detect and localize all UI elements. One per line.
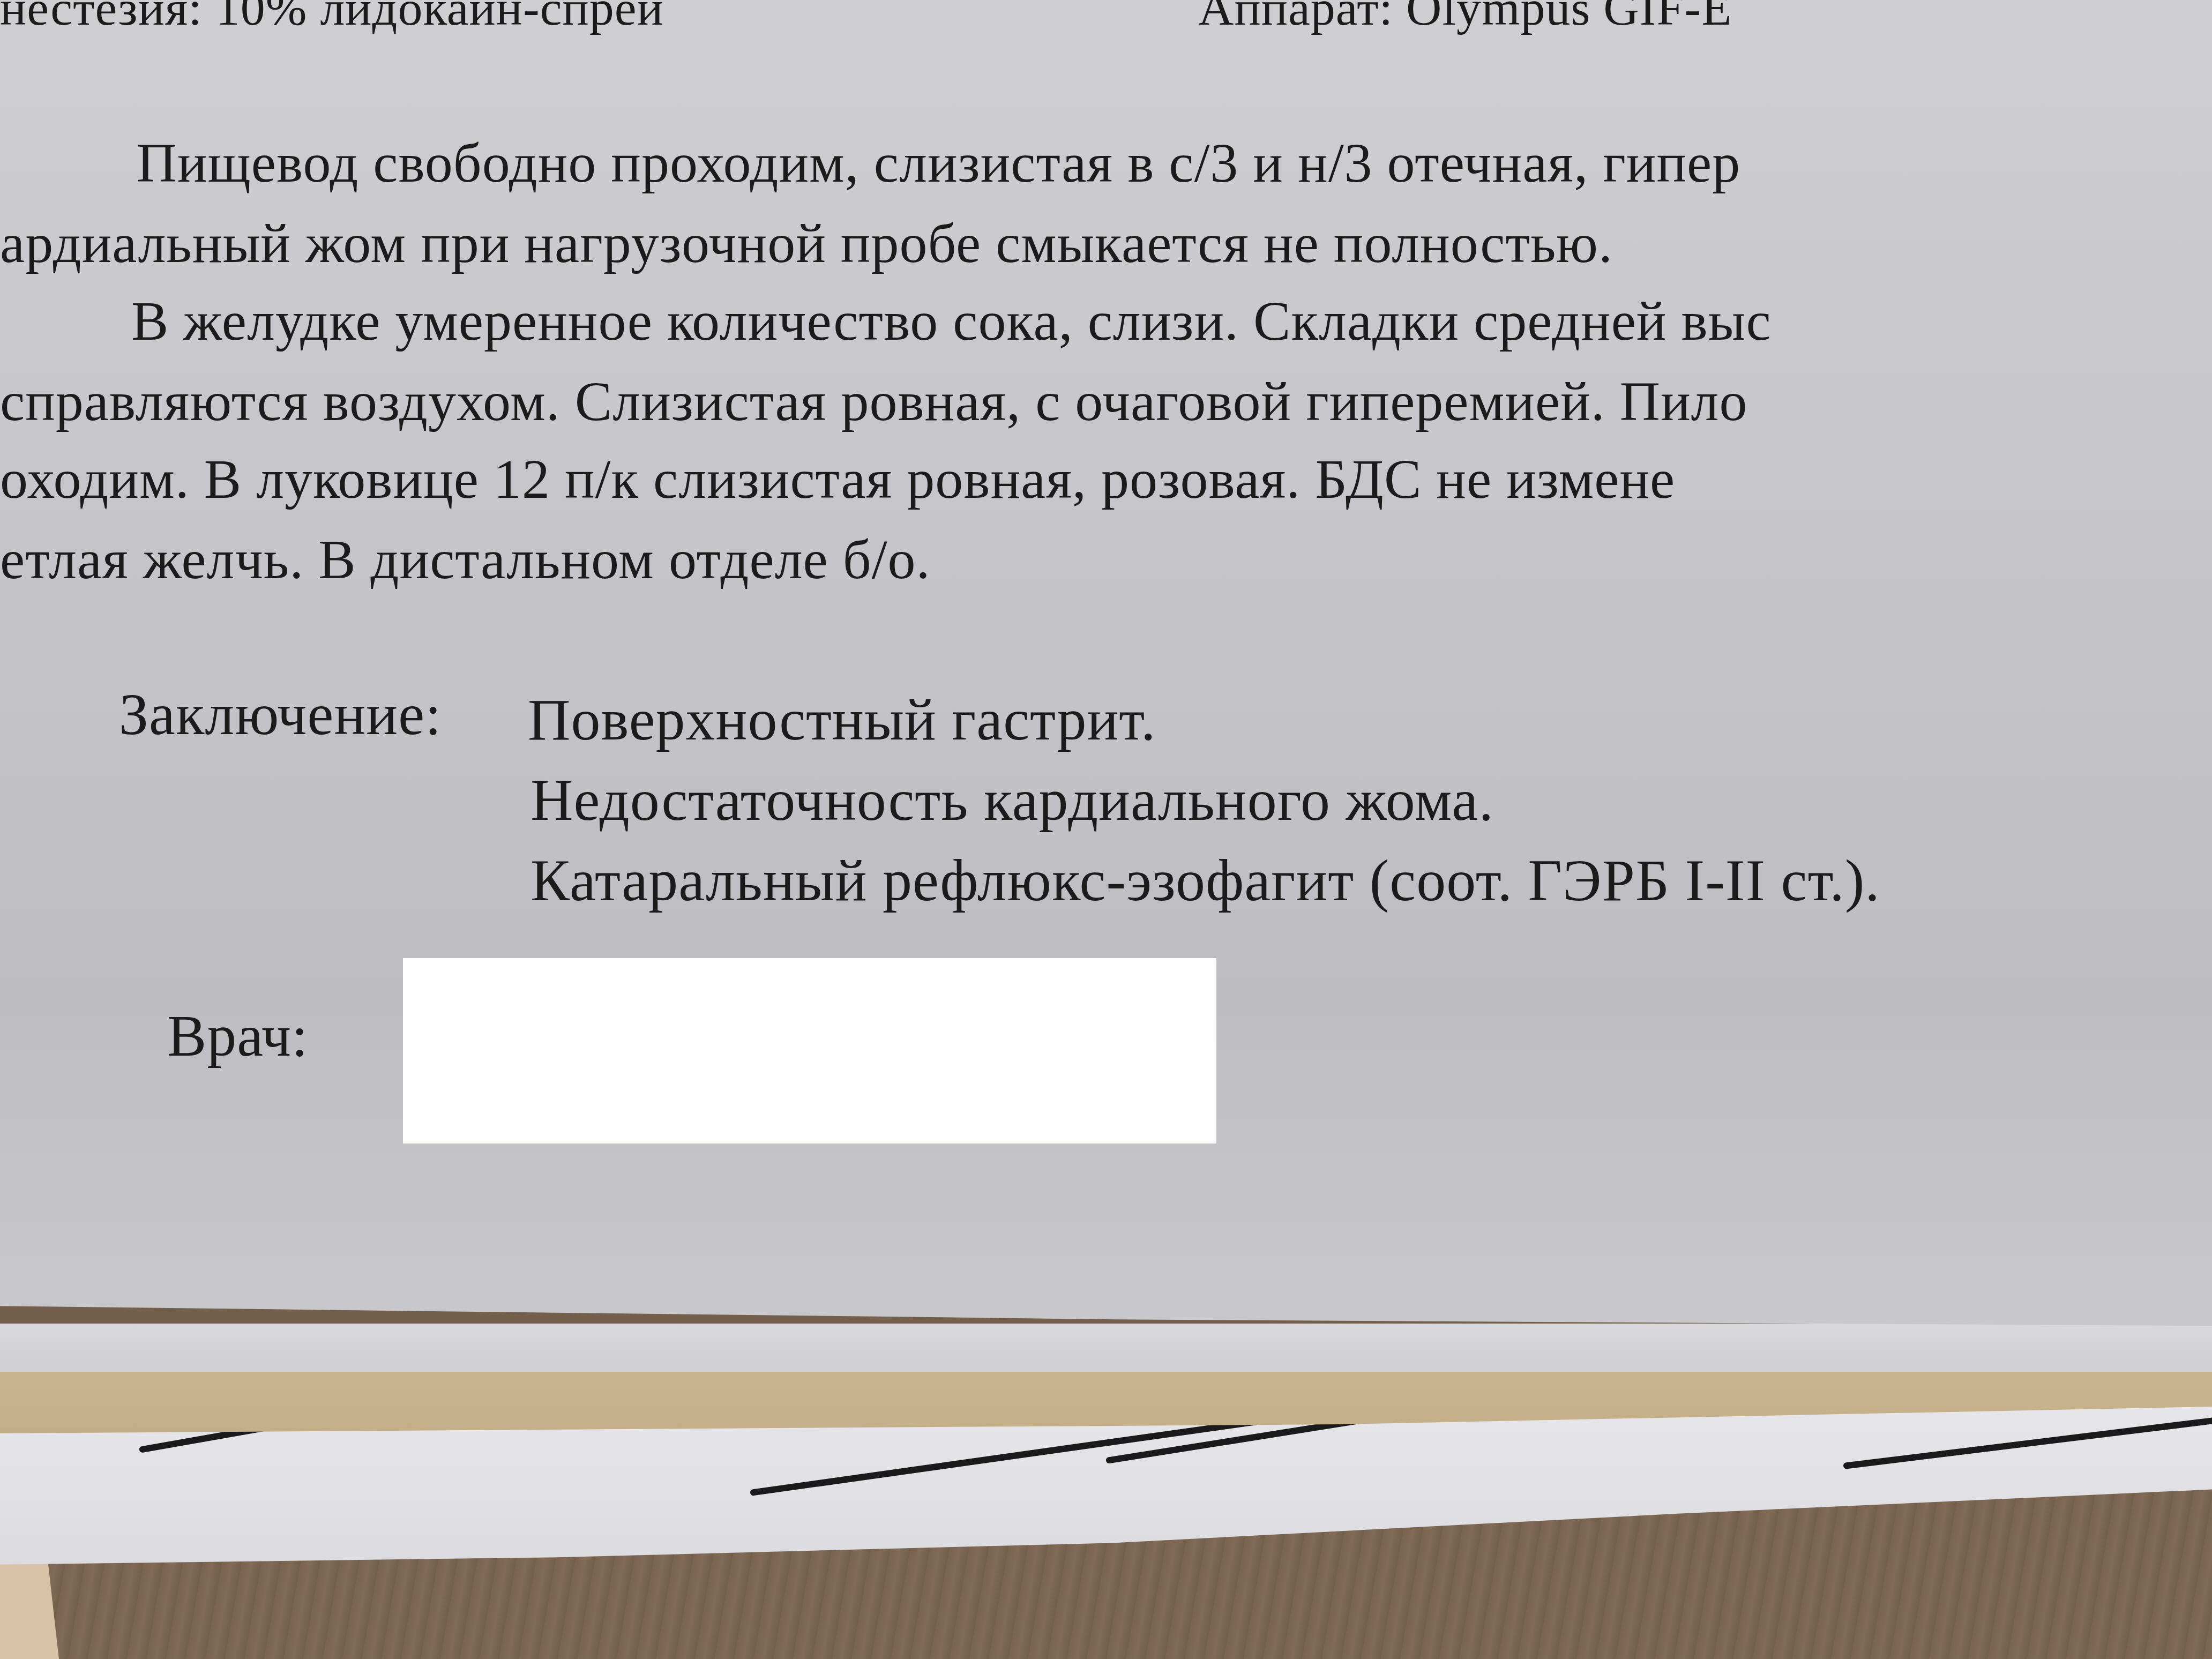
- photo-scene: нестезия: 10% лидокаин-спрей Аппарат: Ol…: [0, 0, 2212, 1659]
- apparatus-field: Аппарат: Olympus GIF-E: [1198, 0, 1732, 36]
- conclusion-item: Катаральный рефлюкс-эзофагит (соот. ГЭРБ…: [530, 847, 1880, 915]
- findings-line: ардиальный жом при нагрузочной пробе смы…: [0, 212, 1613, 275]
- underlying-sheet-torn-edge: [0, 1324, 2212, 1372]
- conclusion-label: Заключение:: [119, 681, 442, 749]
- conclusion-item: Недостаточность кардиального жома.: [530, 766, 1494, 834]
- findings-line: Пищевод свободно проходим, слизистая в с…: [137, 131, 1740, 195]
- findings-line: справляются воздухом. Слизистая ровная, …: [0, 370, 1747, 434]
- findings-line: В желудке умеренное количество сока, сли…: [131, 289, 1772, 353]
- findings-line: етлая желчь. В дистальном отделе б/о.: [0, 528, 931, 592]
- conclusion-item: Поверхностный гастрит.: [528, 686, 1156, 754]
- anesthesia-field: нестезия: 10% лидокаин-спрей: [0, 0, 664, 36]
- doctor-label: Врач:: [167, 1002, 309, 1070]
- findings-line: оходим. В луковице 12 п/к слизистая ровн…: [0, 447, 1675, 511]
- doctor-name-redaction: [403, 958, 1216, 1144]
